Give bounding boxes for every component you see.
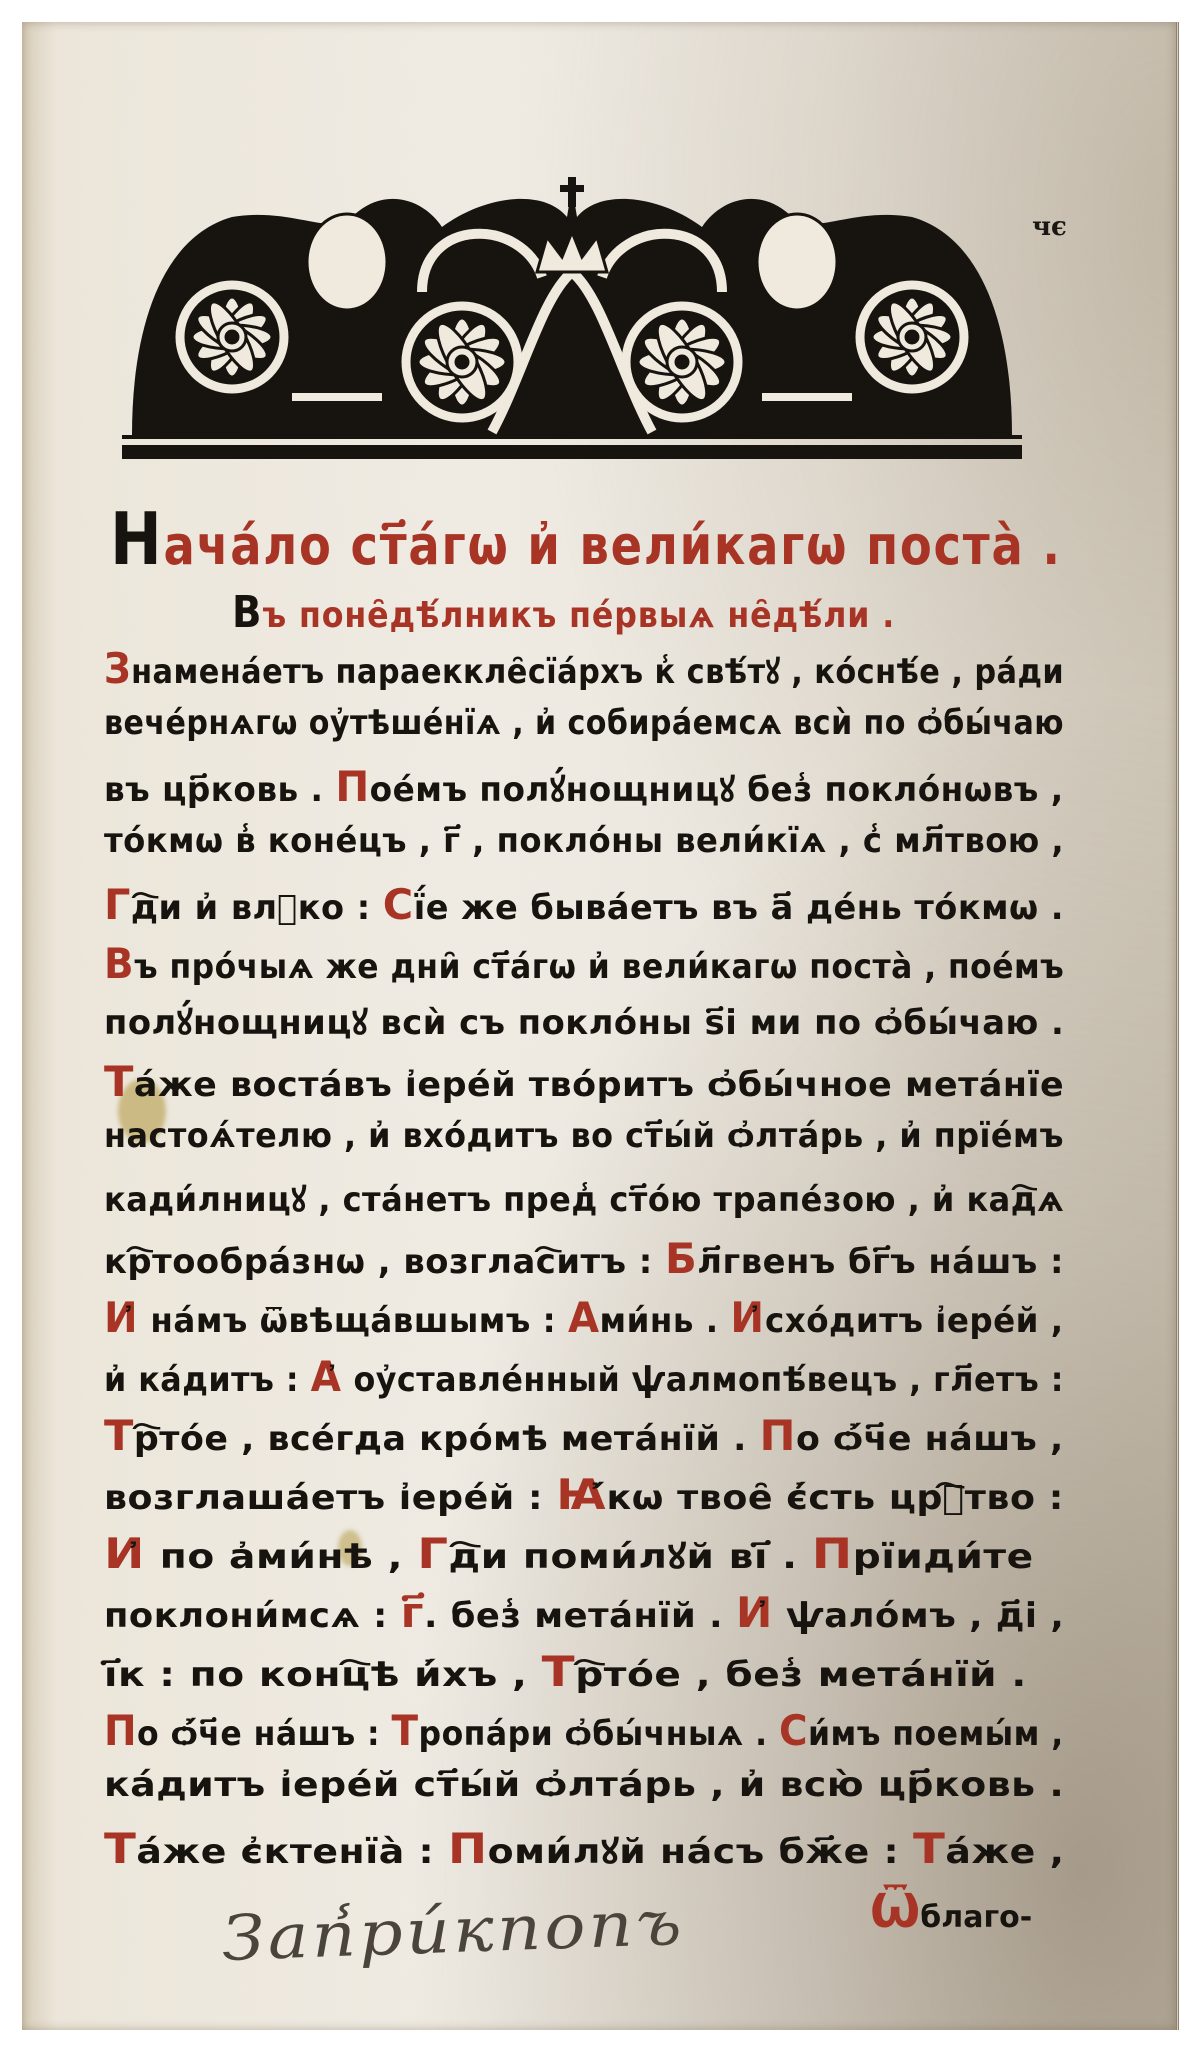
text-line: Гд҇и и҆ влⷣко : Сї́е же быва́етъ въ а҃ д… — [104, 880, 1064, 929]
red-initial: Т — [542, 1647, 576, 1696]
text-line: ка́дитъ і҆ере́й ст҃ы́й ѻ҆лта́рь , и҆ всю… — [104, 1765, 1064, 1805]
line-text: ҆схо́дитъ і҆ере́й , — [765, 1301, 1064, 1341]
red-initial: П — [448, 1824, 488, 1873]
title-initial: Н — [110, 497, 164, 581]
line-text: ҆ по а҆ми́нѣ , — [145, 1537, 403, 1577]
red-initial: И — [736, 1588, 773, 1637]
line-text: ҆ на́мъ ѿвѣща́вшымъ : — [138, 1301, 556, 1341]
red-initial: И — [730, 1293, 764, 1342]
folio-number: чє — [1032, 212, 1067, 242]
line-text: і҃к : по конц҇ѣ и҆́хъ , — [104, 1655, 527, 1695]
text-line: поклони́мсѧ : г҃. без̾ мета́нїй . И҆ ѱал… — [104, 1588, 1064, 1637]
text-line: Въ про́чыѧ же дни̑ ст҃а́гѡ и҆ вели́кагѡ … — [104, 939, 1064, 988]
text-line: Тр҇то́е , все́гда кро́мѣ мета́нїй . По ѻ… — [104, 1411, 1064, 1460]
red-initial: Т — [104, 1411, 134, 1460]
red-initial: Т — [104, 1057, 134, 1106]
red-initial: Г — [104, 880, 131, 929]
line-text: ропа́ри ѻ҆бы́чныѧ . — [419, 1714, 768, 1754]
line-text: настоѧ́телю , и҆ вхо́дитъ во ст҃ы́й ѻ҆лт… — [104, 1116, 1064, 1156]
line-text: а́же воста́въ і҆ере́й тво́ритъ ѻ҆бы́чное… — [134, 1065, 1064, 1105]
text-line: і҃к : по конц҇ѣ и҆́хъ , Тр҇то́е , без̾ м… — [104, 1647, 1027, 1696]
line-text: д҇и и҆ влⷣко : — [131, 888, 371, 928]
subtitle-text: ъ поне̑дѣ́лникъ пе́рвыѧ не̑дѣ́ли . — [262, 595, 895, 636]
red-initial: А — [311, 1352, 342, 1401]
line-text: д҇и поми́лꙋй ві҃ . — [449, 1537, 798, 1577]
line-text: то́кмѡ в̾ коне́цъ , г҃ , покло́ны вели́к… — [104, 821, 1064, 861]
red-initial: З — [104, 644, 131, 693]
line-text: ҆́кѡ твое̑ є҆́сть црⷭ҇тво : — [606, 1478, 1064, 1518]
line-text: кади́лницꙋ , ста́нетъ пред̾ ст҃о́ю трапе… — [104, 1180, 1064, 1220]
line-text: въ цр҃ковь . — [104, 770, 323, 810]
text-line: возглаша́етъ і҆ере́й : Ꙗ҆́кѡ твое̑ є҆́ст… — [104, 1470, 1064, 1519]
text-line: По ѻ҆́ч҃е на́шъ : Тропа́ри ѻ҆бы́чныѧ . С… — [104, 1706, 1064, 1755]
text-line: И҆ на́мъ ѿвѣща́вшымъ : Ами́нь . И҆схо́ди… — [104, 1293, 1064, 1342]
line-text: ми́нь . — [600, 1301, 719, 1341]
text-line: то́кмѡ в̾ коне́цъ , г҃ , покло́ны вели́к… — [104, 821, 1064, 861]
line-text: и҆ ка́дитъ : — [104, 1360, 299, 1400]
line-text: о ѻ҆́ч҃е на́шъ , — [796, 1419, 1064, 1459]
line-text: ое́мъ полꙋ́нощницꙋ без̾ покло́нѡвъ , — [370, 770, 1064, 810]
text-line: и҆ ка́дитъ : А҆ оу҆ставле́нный ѱалмопѣ́в… — [104, 1352, 1064, 1401]
line-text: л҃гвенъ бг҃ъ на́шъ : — [697, 1242, 1064, 1282]
floral-woodcut-ornament-icon — [122, 177, 1022, 467]
line-text: а́же є҆ктенїа̀ : — [136, 1832, 434, 1872]
red-initial: Г — [417, 1529, 448, 1578]
line-text: ҆ оу҆ставле́нный ѱалмопѣ́вецъ , гл҃етъ : — [341, 1360, 1064, 1400]
line-text: рїиди́те — [853, 1537, 1034, 1577]
red-initial: Т — [392, 1706, 419, 1755]
line-text: возглаша́етъ і҆ере́й : — [104, 1478, 543, 1518]
line-text: кр҇тообра́знѡ , возглас҇итъ : — [104, 1242, 653, 1282]
text-line: Знамена́етъ параеккле̑сїа́рхъ к̾ свѣ́тꙋ … — [104, 644, 1064, 693]
line-text: ка́дитъ і҆ере́й ст҃ы́й ѻ҆лта́рь , и҆ всю… — [104, 1765, 1064, 1805]
line-text: вече́рнѧгѡ оу҆тѣше́нїѧ , и҆ собира́емсѧ … — [104, 703, 1064, 743]
line-text: ҆ ѱало́мъ , д҃і , — [773, 1596, 1064, 1636]
red-initial: В — [104, 939, 134, 988]
red-initial: П — [104, 1706, 137, 1755]
red-initial: С — [779, 1706, 808, 1755]
line-text: оми́лꙋй на́съ бж҃е : — [488, 1832, 900, 1872]
red-initial: Ꙗ — [556, 1470, 606, 1519]
line-text: ї́е же быва́етъ въ а҃ де́нь то́кмѡ . — [414, 888, 1064, 928]
line-text: а́же , — [945, 1832, 1064, 1872]
catchword-text: благо- — [920, 1900, 1032, 1935]
line-text: р҇то́е , без̾ мета́нїй . — [575, 1655, 1027, 1695]
line-text: и́мъ поемы́м , — [808, 1714, 1064, 1754]
line-text: о ѻ҆́ч҃е на́шъ : — [137, 1714, 380, 1754]
red-initial: С — [383, 880, 414, 929]
subtitle-initial: В — [232, 587, 262, 638]
red-initial: Т — [104, 1824, 136, 1873]
text-line: кр҇тообра́знѡ , возглас҇итъ : Бл҃гвенъ б… — [104, 1234, 1064, 1283]
text-line: И҆ по а҆ми́нѣ , Гд҇и поми́лꙋй ві҃ . Прїи… — [104, 1529, 1034, 1578]
red-initial: И — [104, 1529, 145, 1578]
catchword-initial: Ѿ — [870, 1884, 920, 1938]
red-initial: Б — [665, 1234, 697, 1283]
text-line: Та́же є҆ктенїа̀ : Поми́лꙋй на́съ бж҃е : … — [104, 1824, 1065, 1873]
red-initial: П — [812, 1529, 853, 1578]
line-text: полꙋ́нощницꙋ всѝ съ покло́ны ѕ҃і ми по ѻ… — [104, 1003, 1064, 1043]
page-subtitle: Въ поне̑дѣ́лникъ пе́рвыѧ не̑дѣ́ли . — [232, 587, 895, 638]
red-initial: Т — [913, 1824, 945, 1873]
line-text: . без̾ мета́нїй . — [424, 1596, 723, 1636]
text-line: вече́рнѧгѡ оу҆тѣше́нїѧ , и҆ собира́емсѧ … — [104, 703, 1064, 743]
text-line: Та́же воста́въ і҆ере́й тво́ритъ ѻ҆бы́чно… — [104, 1057, 1064, 1106]
line-text: р҇то́е , все́гда кро́мѣ мета́нїй . — [134, 1419, 747, 1459]
manuscript-page: чє — [22, 22, 1179, 2030]
red-initial: П — [759, 1411, 795, 1460]
line-text: намена́етъ параеккле̑сїа́рхъ к̾ свѣ́тꙋ ,… — [131, 652, 1064, 692]
red-initial: г҃ — [401, 1588, 424, 1637]
text-line: полꙋ́нощницꙋ всѝ съ покло́ны ѕ҃і ми по ѻ… — [104, 998, 1064, 1044]
handwritten-signature: Зап̾ри́кпопъ — [221, 1886, 686, 1975]
line-text: поклони́мсѧ : — [104, 1596, 388, 1636]
line-text: ъ про́чыѧ же дни̑ ст҃а́гѡ и҆ вели́кагѡ п… — [134, 947, 1064, 987]
catchword: Ѿблаго- — [870, 1884, 1032, 1938]
red-initial: И — [104, 1293, 138, 1342]
red-initial: П — [335, 762, 369, 811]
red-initial: А — [568, 1293, 600, 1342]
page-title: Нача́ло ст҃а́гѡ и҆ вели́кагѡ поста̀ . — [110, 497, 1062, 581]
title-text: ача́ло ст҃а́гѡ и҆ вели́кагѡ поста̀ . — [164, 514, 1062, 577]
text-line: настоѧ́телю , и҆ вхо́дитъ во ст҃ы́й ѻ҆лт… — [104, 1116, 1064, 1156]
text-line: кади́лницꙋ , ста́нетъ пред̾ ст҃о́ю трапе… — [104, 1175, 1064, 1221]
text-line: въ цр҃ковь . Пое́мъ полꙋ́нощницꙋ без̾ по… — [104, 762, 1064, 811]
